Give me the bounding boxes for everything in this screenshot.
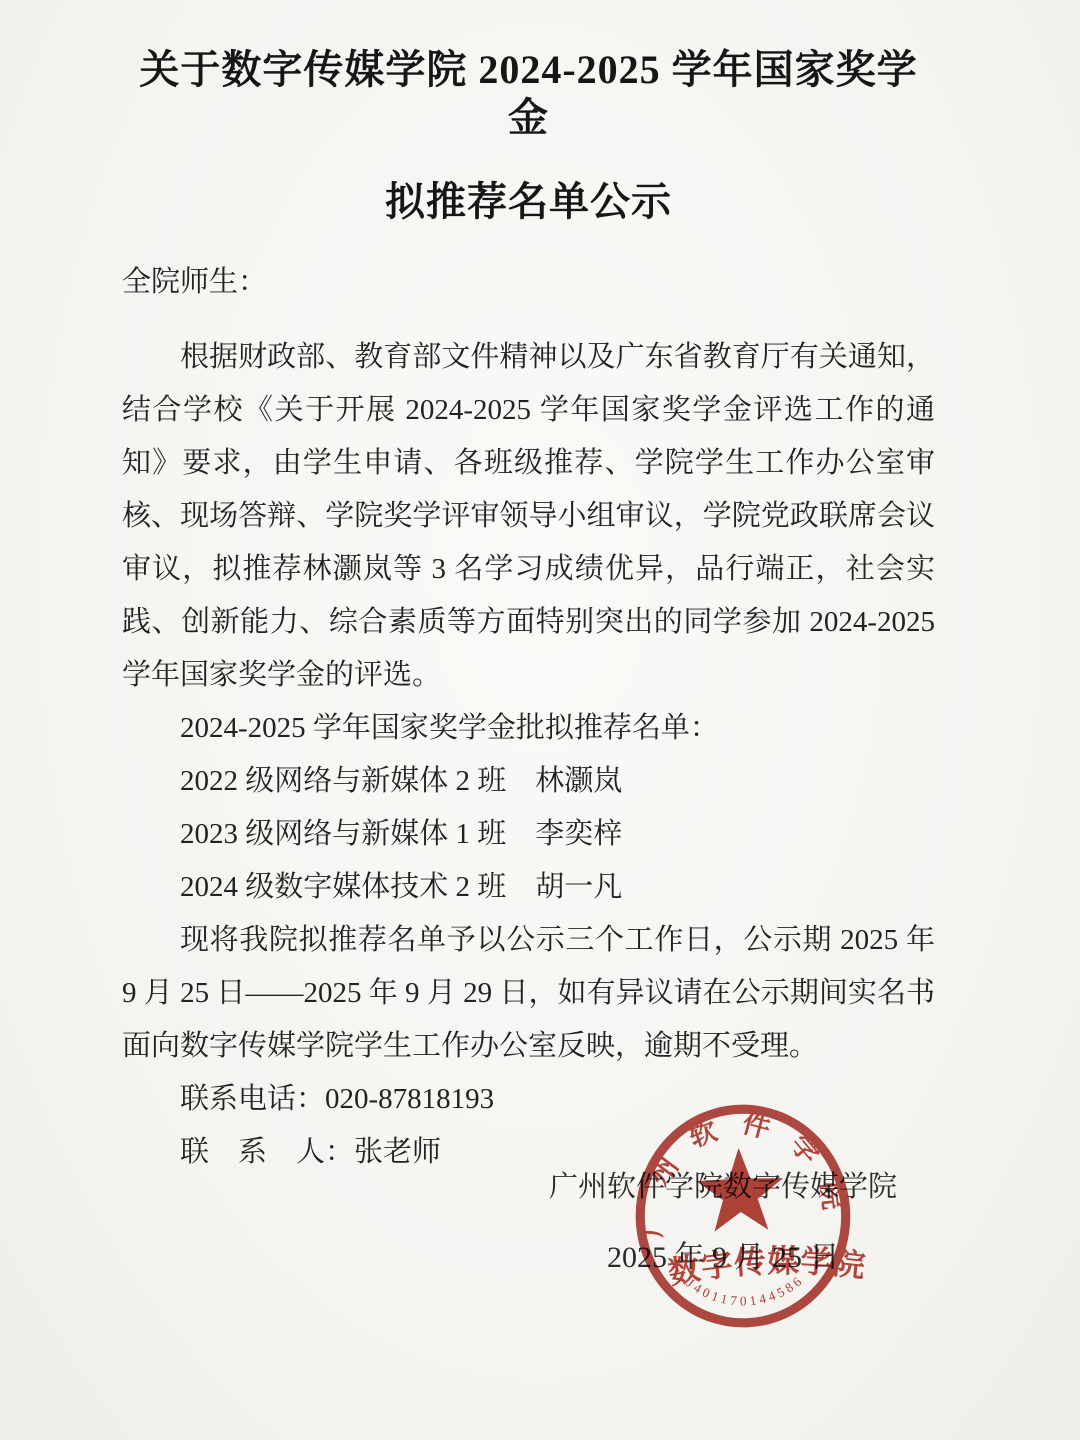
document-title-line1: 关于数字传媒学院 2024-2025 学年国家奖学金	[122, 46, 935, 142]
nominee-item: 2023 级网络与新媒体 1 班 李奕梓	[122, 808, 935, 861]
seal-star-icon	[695, 1146, 785, 1232]
announcement-document: 关于数字传媒学院 2024-2025 学年国家奖学金 拟推荐名单公示 全院师生：…	[0, 0, 1080, 1440]
seal-ring	[637, 1106, 850, 1327]
paragraph-intro: 根据财政部、教育部文件精神以及广东省教育厅有关通知，结合学校《关于开展 2024…	[122, 331, 935, 702]
document-content: 关于数字传媒学院 2024-2025 学年国家奖学金 拟推荐名单公示 全院师生：…	[122, 46, 935, 1179]
nominee-item: 2024 级数字媒体技术 2 班 胡一凡	[122, 861, 935, 914]
paragraph-publicity-period: 现将我院拟推荐名单予以公示三个工作日，公示期 2025 年 9 月 25 日——…	[122, 914, 935, 1073]
document-body: 全院师生： 根据财政部、教育部文件精神以及广东省教育厅有关通知，结合学校《关于开…	[122, 256, 935, 1179]
official-seal: 广州软件学院 数字传媒学院 J401170144586	[624, 1094, 864, 1338]
salutation: 全院师生：	[122, 256, 935, 309]
nominee-item: 2022 级网络与新媒体 2 班 林灏岚	[122, 755, 935, 808]
seal-graphic: 广州软件学院 数字传媒学院 J401170144586	[624, 1094, 864, 1338]
nominee-list-header: 2024-2025 学年国家奖学金批拟推荐名单：	[122, 702, 935, 755]
document-title-line2: 拟推荐名单公示	[122, 178, 935, 226]
